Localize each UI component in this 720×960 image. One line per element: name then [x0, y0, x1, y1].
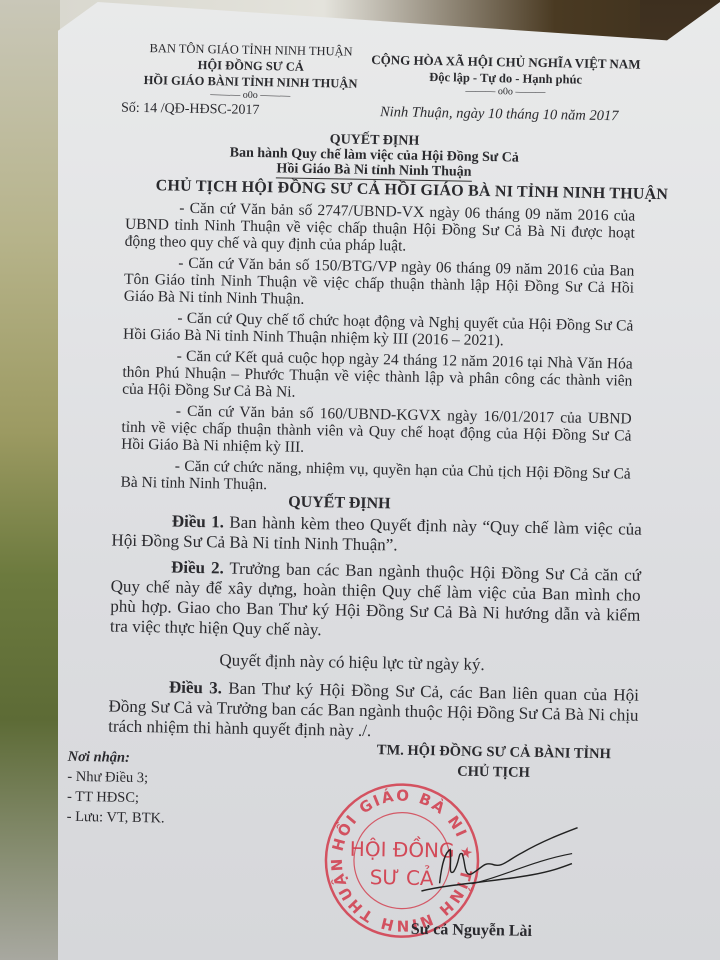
recipient-item: - Như Điều 3; [67, 767, 165, 789]
article-1: Điều 1. Ban hành kèm theo Quyết định này… [111, 511, 642, 560]
legal-bases: - Căn cứ Văn bản số 2747/UBND-VX ngày 06… [120, 199, 635, 500]
basis-6: - Căn cứ chức năng, nhiệm vụ, quyền hạn … [120, 457, 631, 500]
recipient-item: - Lưu: VT, BTK. [67, 807, 165, 829]
signer-name: Sư cả Nguyễn Lài [411, 921, 532, 941]
signature-icon [411, 821, 583, 914]
effective-clause: Quyết định này có hiệu lực từ ngày ký. [109, 648, 639, 677]
basis-2: - Căn cứ Văn bản số 150/BTG/VP ngày 06 t… [124, 254, 635, 314]
signature-block: TM. HỘI ĐỒNG SƯ CẢ BÀNI TỈNH CHỦ TỊCH [363, 740, 624, 785]
basis-5: - Căn cứ Văn bản số 160/UBND-KGVX ngày 1… [121, 402, 632, 462]
document-number: Số: 14 /QĐ-HĐSC-2017 [115, 101, 385, 122]
decision-heading: QUYẾT ĐỊNH [288, 494, 391, 514]
recipients-heading: Nơi nhận: [68, 747, 166, 769]
national-header: CỘNG HÒA XÃ HỘI CHỦ NGHĨA VIỆT NAM Độc l… [365, 52, 646, 101]
article-3: Điều 3. Ban Thư ký Hội Đồng Sư Cả, các B… [108, 676, 639, 745]
issuer-header: BAN TÔN GIÁO TỈNH NINH THUẬN HỘI ĐỒNG SƯ… [115, 40, 386, 122]
recipients-list: Nơi nhận: - Như Điều 3; - TT HĐSC; - Lưu… [67, 747, 166, 829]
articles: Điều 1. Ban hành kèm theo Quyết định này… [108, 511, 642, 746]
recipient-item: - TT HĐSC; [67, 787, 165, 809]
document: BAN TÔN GIÁO TỈNH NINH THUẬN HỘI ĐỒNG SƯ… [60, 0, 677, 960]
basis-3: - Căn cứ Quy chế tổ chức hoạt động và Ng… [123, 309, 634, 352]
basis-1: - Căn cứ Văn bản số 2747/UBND-VX ngày 06… [125, 199, 636, 259]
basis-4: - Căn cứ Kết quả cuộc họp ngày 24 tháng … [122, 347, 633, 407]
article-2: Điều 2. Trưởng ban các Ban ngành thuộc H… [110, 557, 641, 646]
document-date: Ninh Thuận, ngày 10 tháng 10 năm 2017 [380, 104, 619, 125]
